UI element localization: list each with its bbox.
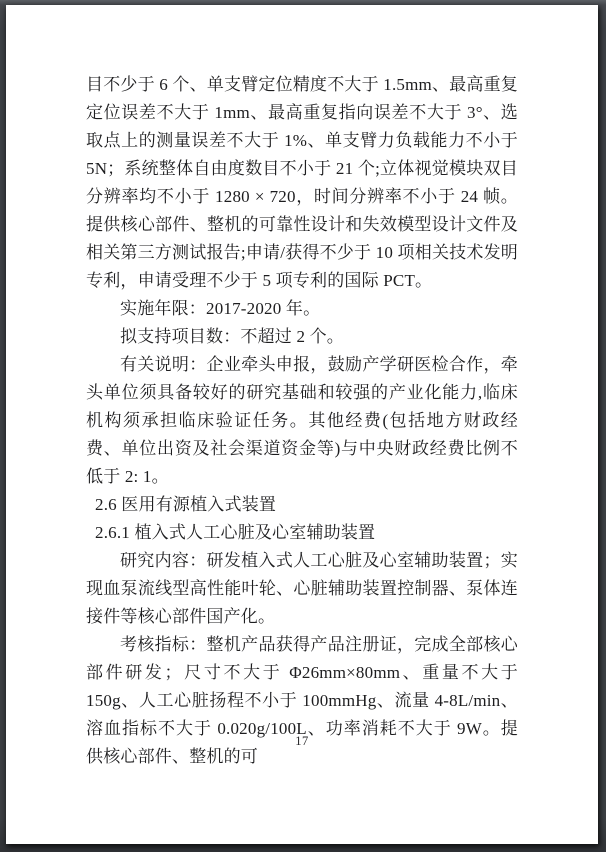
page-number: 17 [6,734,598,749]
paragraph-performance-metrics-continued: 目不少于 6 个、单支臂定位精度不大于 1.5mm、最高重复定位误差不大于 1m… [86,71,518,295]
paragraph-assessment-indicators: 考核指标：整机产品获得产品注册证，完成全部核心部件研发；尺寸不大于 Φ26mm×… [86,631,518,771]
paragraph-research-content: 研究内容：研发植入式人工心脏及心室辅助装置；实现血泵流线型高性能叶轮、心脏辅助装… [86,547,518,631]
section-heading-2-6: 2.6 医用有源植入式装置 [86,491,518,519]
paragraph-implementation-period: 实施年限：2017-2020 年。 [86,295,518,323]
document-viewer-canvas: 目不少于 6 个、单支臂定位精度不大于 1.5mm、最高重复定位误差不大于 1m… [0,0,606,852]
paragraph-related-notes: 有关说明：企业牵头申报，鼓励产学研医检合作，牵头单位须具备较好的研究基础和较强的… [86,351,518,491]
page-body-text: 目不少于 6 个、单支臂定位精度不大于 1.5mm、最高重复定位误差不大于 1m… [86,71,518,771]
document-page: 目不少于 6 个、单支臂定位精度不大于 1.5mm、最高重复定位误差不大于 1m… [6,5,598,844]
section-heading-2-6-1: 2.6.1 植入式人工心脏及心室辅助装置 [86,519,518,547]
paragraph-supported-project-count: 拟支持项目数：不超过 2 个。 [86,323,518,351]
